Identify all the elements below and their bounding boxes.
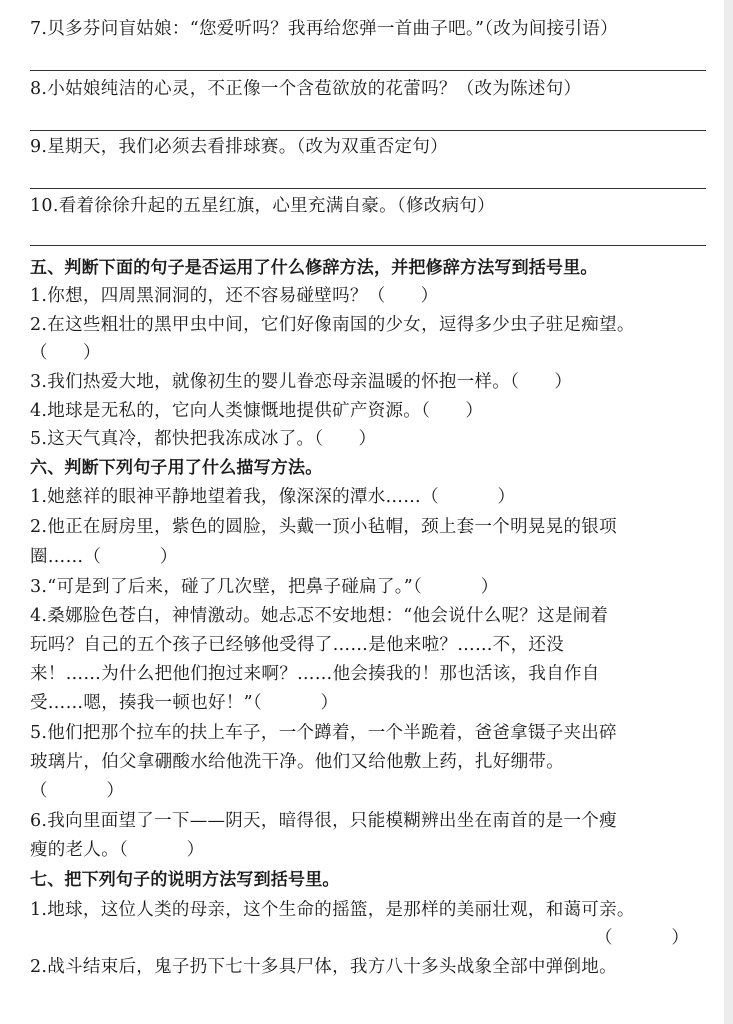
section-5-line-4: 3.我们热爱大地，就像初生的婴儿眷恋母亲温暖的怀抱一样。（ ） xyxy=(30,371,572,393)
page-edge-strip xyxy=(724,0,733,1024)
section-6-line-12: 6.我向里面望了一下——阴天，暗得很，只能模糊辨出坐在南首的是一个瘦 xyxy=(30,810,617,832)
section-7-title: 七、把下列句子的说明方法写到括号里。 xyxy=(30,869,340,891)
exercise-item-7: 7.贝多芬问盲姑娘：“您爱听吗？我再给您弹一首曲子吧。”（改为间接引语） xyxy=(30,18,618,40)
exercise-item-10: 10.看着徐徐升起的五星红旗，心里充满自豪。（修改病句） xyxy=(30,195,495,217)
section-5-line-2: 2.在这些粗壮的黑甲虫中间，它们好像南国的少女，逗得多少虫子驻足痴望。 xyxy=(30,314,635,336)
answer-line-10[interactable] xyxy=(30,245,706,246)
section-6-line-7: 来！……为什么把他们抱过来啊？……他会揍我的！那也活该，我自作自 xyxy=(30,663,600,685)
section-7-line-3: 2.战斗结束后，鬼子扔下七十多具尸体，我方八十多头战象全部中弹倒地。 xyxy=(30,956,617,978)
section-7-line-2: （ ） xyxy=(595,927,689,949)
section-6-title: 六、判断下列句子用了什么描写方法。 xyxy=(30,457,322,479)
answer-line-9[interactable] xyxy=(30,188,706,189)
section-6-line-1: 1.她慈祥的眼神平静地望着我，像深深的潭水……（ ） xyxy=(30,486,515,508)
exercise-item-9: 9.星期天，我们必须去看排球赛。（改为双重否定句） xyxy=(30,136,448,158)
section-6-line-10: 玻璃片，伯父拿硼酸水给他洗干净。他们又给他敷上药，扎好绷带。 xyxy=(30,751,564,773)
section-5-line-3: （ ） xyxy=(30,342,101,364)
section-5-line-1: 1.你想，四周黑洞洞的，还不容易碰壁吗？（ ） xyxy=(30,285,438,307)
answer-line-8[interactable] xyxy=(30,130,706,131)
section-5-line-5: 4.地球是无私的，它向人类慷慨地提供矿产资源。（ ） xyxy=(30,400,483,422)
section-5-title: 五、判断下面的句子是否运用了什么修辞方法，并把修辞方法写到括号里。 xyxy=(30,257,598,279)
section-6-line-9: 5.他们把那个拉车的扶上车子，一个蹲着，一个半跪着，爸爸拿镊子夹出碎 xyxy=(30,722,617,744)
exercise-item-8: 8.小姑娘纯洁的心灵，不正像一个含苞欲放的花蕾吗？（改为陈述句） xyxy=(30,78,581,100)
answer-line-7[interactable] xyxy=(30,70,706,71)
section-6-line-5: 4.桑娜脸色苍白，神情激动。她忐忑不安地想：“他会说什么呢？这是闹着 xyxy=(30,605,608,627)
section-6-line-8: 受……嗯，揍我一顿也好！”（ ） xyxy=(30,692,338,714)
section-6-line-13: 瘦的老人。（ ） xyxy=(30,839,204,861)
section-6-line-4: 3.“可是到了后来，碰了几次壁，把鼻子碰扁了。”（ ） xyxy=(30,576,499,598)
section-6-line-11: （ ） xyxy=(30,780,124,802)
section-6-line-2: 2.他正在厨房里，紫色的圆脸，头戴一顶小毡帽，颈上套一个明晃晃的银项 xyxy=(30,516,617,538)
section-6-line-6: 玩吗？自己的五个孩子已经够他受得了……是他来啦？……不，还没 xyxy=(30,634,564,656)
section-5-line-6: 5.这天气真冷，都快把我冻成冰了。（ ） xyxy=(30,428,376,450)
section-7-line-1: 1.地球，这位人类的母亲，这个生命的摇篮，是那样的美丽壮观，和蔼可亲。 xyxy=(30,899,635,921)
section-6-line-3: 圈……（ ） xyxy=(30,546,178,568)
